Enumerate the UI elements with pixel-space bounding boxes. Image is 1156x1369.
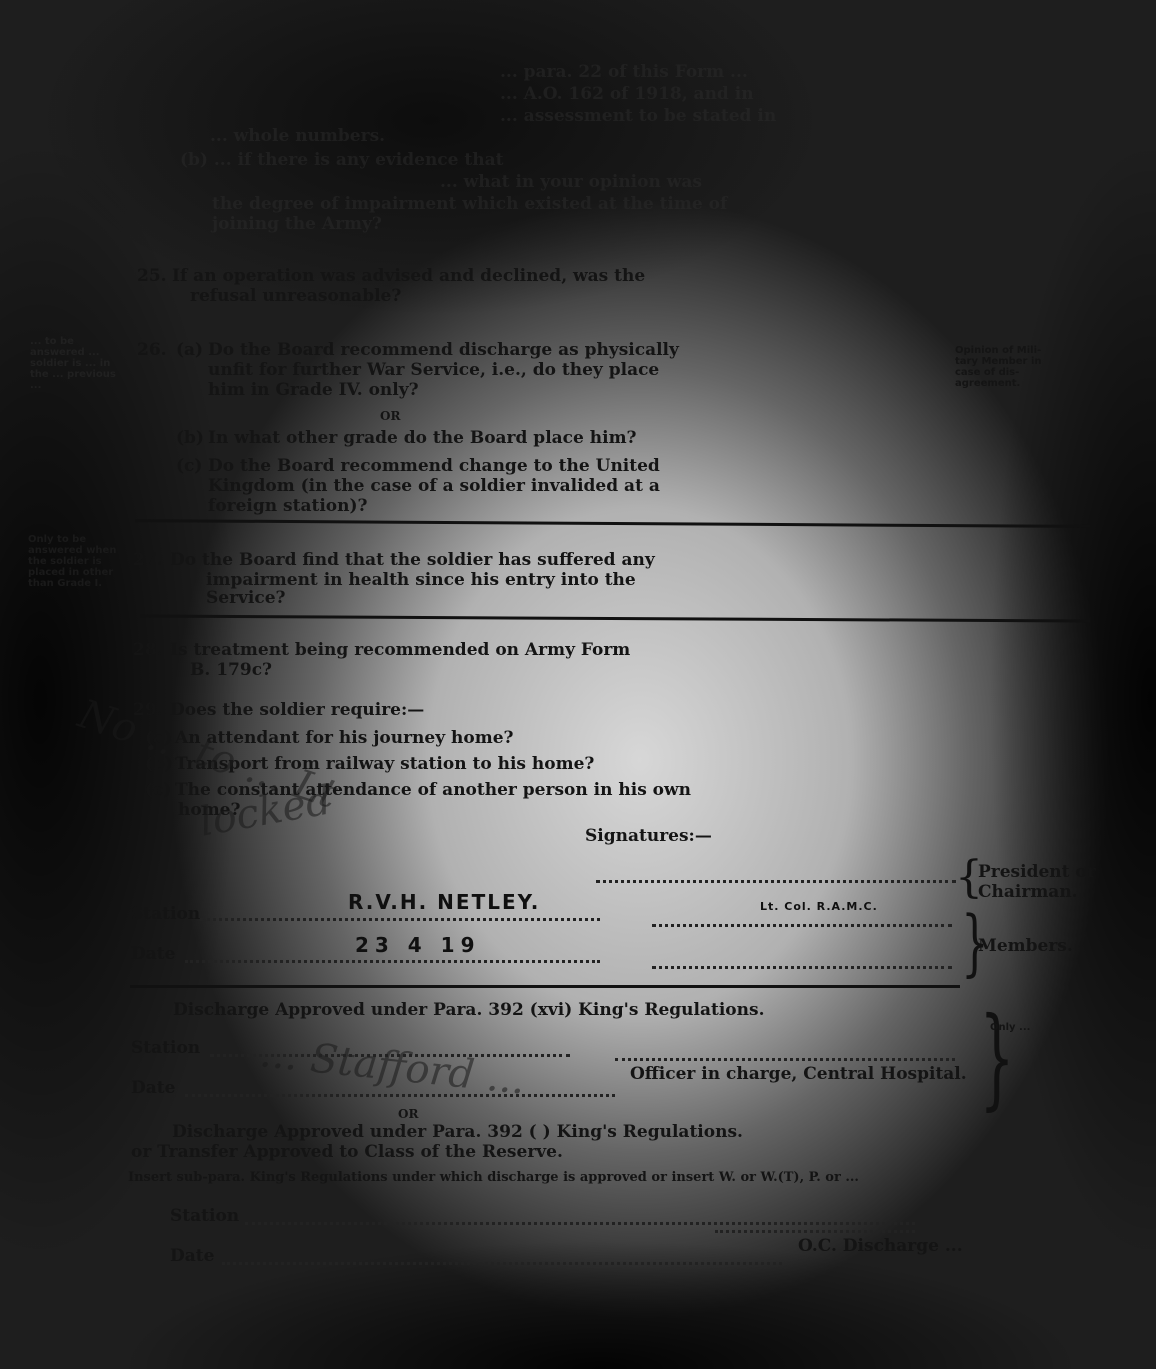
discharge-1-side-note: Only ... (990, 1022, 1030, 1033)
item-b-line-1: (b) ... if there is any evidence that (180, 150, 503, 170)
date-stamp: 23 4 19 (355, 933, 481, 957)
discharge-2-instruction: Insert sub-para. King's Regulations unde… (128, 1168, 859, 1188)
left-note-27-line-3: the soldier is (28, 556, 116, 567)
president-label-1: President or (978, 862, 1096, 882)
item-27-line-1: Do the Board find that the soldier has s… (170, 550, 655, 570)
item-25-line-2: refusal unreasonable? (190, 286, 401, 306)
president-label-2: Chairman. (978, 882, 1078, 902)
item-28-line-1: Is treatment being recommended on Army F… (170, 640, 630, 660)
left-note-27-line-4: placed in other (28, 567, 116, 578)
item-26-a-line-2: unfit for further War Service, i.e., do … (208, 360, 659, 380)
board-station-label: Station (131, 904, 200, 924)
discharge-1-station-line[interactable] (210, 1054, 570, 1057)
or-separator: OR (398, 1104, 418, 1124)
item-b-line-4: joining the Army? (212, 214, 382, 234)
discharge-2-date-line[interactable] (222, 1262, 782, 1265)
item-27-number: 27. (133, 550, 163, 570)
member-signature-line-2[interactable] (652, 966, 952, 969)
item-29-intro: Does the soldier require:— (170, 700, 424, 720)
item-26-c-line-3: foreign station)? (208, 496, 368, 516)
board-date-label: Date (131, 944, 175, 964)
right-margin-note: Opinion of Mili- tary Member in case of … (955, 345, 1042, 389)
discharge-1-brace: } (980, 1002, 1015, 1112)
item-26-b-text: In what other grade do the Board place h… (208, 428, 637, 448)
item-26-c-label: (c) (176, 456, 202, 476)
discharge-2-station-label: Station (170, 1206, 239, 1226)
right-margin-note-line-2: tary Member in (955, 356, 1042, 367)
top-fragment-2: ... A.O. 162 of 1918, and in (500, 84, 754, 104)
item-26-c-line-1: Do the Board recommend change to the Uni… (208, 456, 660, 476)
left-note-27-line-5: than Grade I. (28, 578, 116, 589)
oc-signature-line[interactable] (715, 1230, 915, 1233)
top-fragment-4: ... whole numbers. (210, 126, 385, 146)
item-26-or: OR (380, 406, 400, 426)
item-28-number: 28. (133, 640, 163, 660)
section-divider-3 (130, 985, 960, 988)
members-label: Members. (978, 936, 1073, 956)
item-29-c-label: (c) (145, 780, 171, 800)
right-margin-note-line-4: agreement. (955, 378, 1042, 389)
discharge-2-date-label: Date (170, 1246, 214, 1266)
top-fragment-3: ... assessment to be stated in (500, 106, 776, 126)
board-date-line[interactable] (185, 960, 600, 963)
item-26-a-line-3: him in Grade IV. only? (208, 380, 419, 400)
discharge-2-station-line[interactable] (245, 1222, 915, 1225)
president-signature-line[interactable] (596, 880, 956, 883)
oc-discharge-label: O.C. Discharge ... (798, 1236, 963, 1256)
officer-signature-line[interactable] (615, 1058, 955, 1061)
item-27-line-3: Service? (206, 588, 286, 608)
discharge-1-date-line[interactable] (185, 1094, 615, 1097)
member-signature-line-1[interactable] (652, 924, 952, 927)
rank-stamp: Lt. Col. R.A.M.C. (760, 900, 878, 913)
discharge-1-station-label: Station (131, 1038, 200, 1058)
item-25-line-1: If an operation was advised and declined… (172, 266, 645, 286)
left-note-27-line-2: answered when (28, 545, 116, 556)
signatures-label: Signatures:— (585, 826, 712, 846)
left-note-27-line-1: Only to be (28, 534, 116, 545)
item-26-b-label: (b) (176, 428, 204, 448)
right-margin-note-line-3: case of dis- (955, 367, 1042, 378)
officer-in-charge-label: Officer in charge, Central Hospital. (630, 1064, 967, 1084)
item-26-a-line-1: Do the Board recommend discharge as phys… (208, 340, 679, 360)
right-margin-note-line-1: Opinion of Mili- (955, 345, 1042, 356)
top-fragment-1: ... para. 22 of this Form ... (500, 62, 748, 82)
left-margin-note-27: Only to be answered when the soldier is … (28, 534, 116, 589)
discharge-1-title: Discharge Approved under Para. 392 (xvi)… (173, 1000, 765, 1020)
item-27-line-2: impairment in health since his entry int… (206, 570, 636, 590)
item-28-line-2: B. 179c? (190, 660, 272, 680)
discharge-1-date-label: Date (131, 1078, 175, 1098)
item-b-line-3: the degree of impairment which existed a… (212, 194, 727, 214)
board-station-line[interactable] (200, 918, 600, 921)
item-26-number: 26. (137, 340, 167, 360)
left-margin-note-26: ... to be answered ... soldier is ... in… (30, 336, 130, 391)
item-26-c-line-2: Kingdom (in the case of a soldier invali… (208, 476, 660, 496)
station-stamp: R.V.H. NETLEY. (348, 890, 540, 914)
discharge-2-line-1: Discharge Approved under Para. 392 ( ) K… (172, 1122, 743, 1142)
item-26-a-label: (a) (176, 340, 203, 360)
item-25-number: 25. (137, 266, 167, 286)
discharge-2-line-2: or Transfer Approved to Class of the Res… (131, 1142, 563, 1162)
item-b-line-2: ... what in your opinion was (440, 172, 702, 192)
